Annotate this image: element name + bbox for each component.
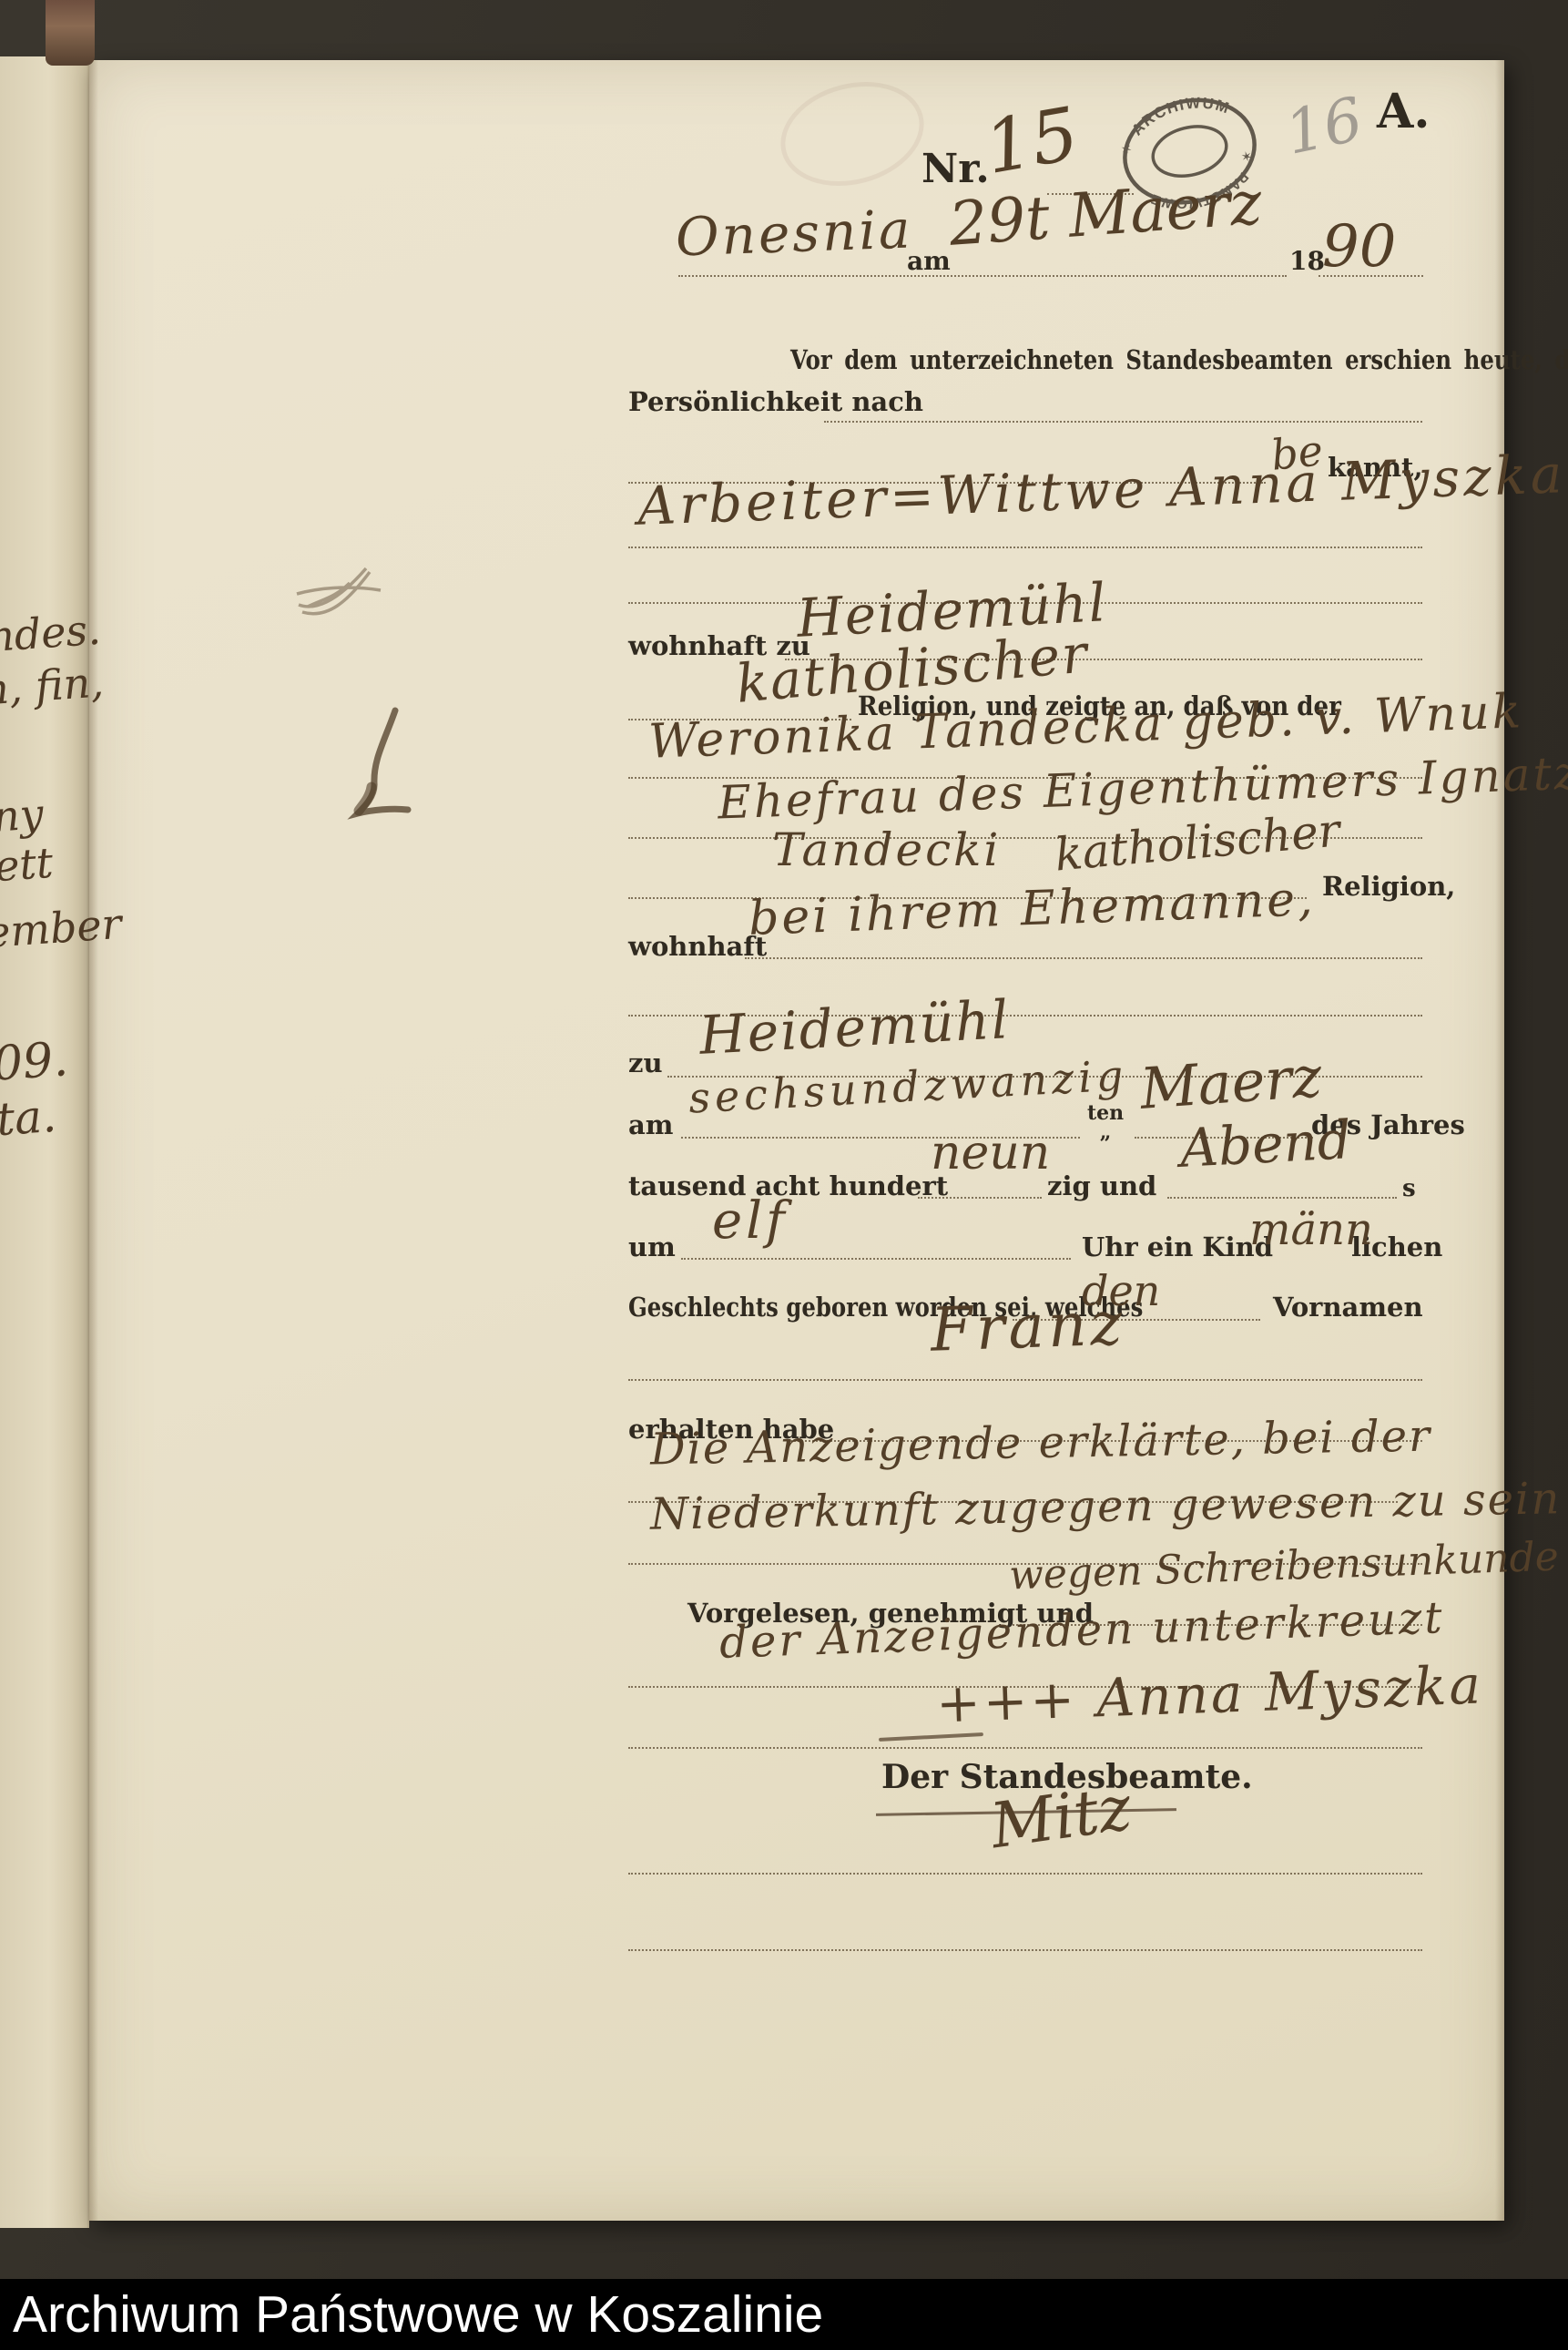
form-line [628, 1949, 1422, 1951]
year-tens: neun [931, 1126, 1050, 1180]
margin-fragment: 09. [0, 1032, 70, 1092]
form-line [1167, 1197, 1397, 1199]
stamp-star-left-icon: ✶ [1119, 140, 1135, 159]
record-number-label: Nr. [921, 146, 990, 192]
form-line [628, 1747, 1422, 1749]
form-letter: A. [1377, 84, 1430, 139]
ink-hook-mark [344, 703, 426, 826]
daytime-value: Abend [1178, 1109, 1352, 1180]
form-line [745, 957, 1422, 959]
s-suffix-label: s [1402, 1175, 1416, 1202]
binding-tape [46, 0, 95, 66]
vornamen-label: Vornamen [1273, 1292, 1423, 1323]
record-number-value: 15 [979, 91, 1084, 190]
form-line [678, 275, 1287, 277]
form-line [628, 1379, 1422, 1381]
margin-fragment: n, fin, [0, 657, 106, 714]
dateline-place: Onesnia [675, 198, 914, 268]
margin-fragment: ett [0, 838, 55, 891]
margin-fragment: ny [0, 789, 45, 842]
intro-line-1: Vor dem unterzeichneten Standesbeamten e… [790, 344, 1568, 375]
uhr-ein-kind-label: Uhr ein Kind [1082, 1231, 1273, 1262]
child-name: Franz [930, 1288, 1127, 1364]
form-line [824, 421, 1422, 423]
dateline-year-printed: 18 [1289, 246, 1325, 276]
form-line [628, 1873, 1422, 1875]
archive-caption: Archiwum Państwowe w Koszalinie [13, 2284, 823, 2345]
binding-crease [89, 60, 98, 2221]
gender-value: männ [1249, 1204, 1373, 1255]
zu-label: zu [628, 1047, 663, 1078]
margin-fragment: ta. [0, 1089, 58, 1146]
father-surname: Tandecki [772, 823, 1001, 876]
ten-suffix-block: ten „ [1087, 1104, 1124, 1142]
archive-caption-bar: Archiwum Państwowe w Koszalinie [0, 2279, 1568, 2350]
hour-value: elf [712, 1191, 789, 1251]
religion-label: Religion, [1322, 871, 1455, 902]
birth-month: Maerz [1138, 1043, 1324, 1122]
um-label: um [628, 1231, 676, 1262]
ink-smudge [290, 547, 399, 633]
form-line [681, 1258, 1071, 1260]
margin-fragment: ndes. [0, 605, 102, 662]
intro-line-2: Persönlichkeit nach [628, 386, 923, 417]
form-line [628, 547, 1422, 548]
dateline-year-written: 90 [1322, 213, 1396, 281]
margin-fragment: ember [0, 899, 123, 957]
ten-ditto-mark: „ [1100, 1120, 1112, 1144]
scanned-document-page: Nr. 15 ARCHIWUM PAŃSTWOWE ✶ ✶ 16 A. Ones… [0, 0, 1568, 2350]
paper-right-shadow [1495, 60, 1504, 2221]
am-label: am [628, 1109, 673, 1140]
resides2-label: wohnhaft [628, 931, 767, 962]
zig-und-label: zig und [1047, 1170, 1156, 1201]
stamp-star-right-icon: ✶ [1239, 148, 1255, 167]
